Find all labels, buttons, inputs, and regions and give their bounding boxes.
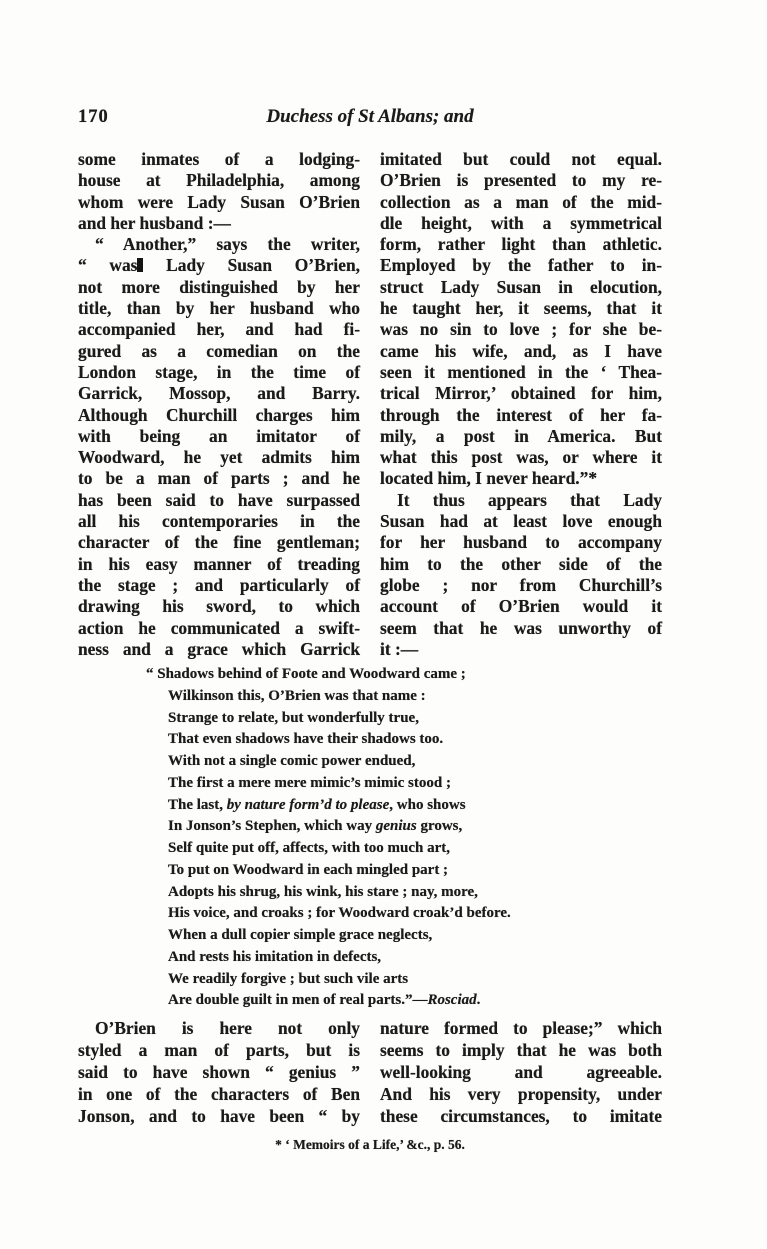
text-line: globe ; nor from Churchill’s xyxy=(380,575,662,596)
left-column: some inmates of a lodging-house at Phila… xyxy=(78,149,360,660)
text-line: all his contemporaries in the xyxy=(78,511,360,532)
text-line: character of the fine gentleman; xyxy=(78,532,360,553)
text-line: for her husband to accompany xyxy=(380,532,662,553)
text-line: Employed by the father to in- xyxy=(380,255,662,276)
verse-line: Self quite put off, affects, with too mu… xyxy=(146,838,662,860)
footnote: * ‘ Memoirs of a Life,’ &c., p. 56. xyxy=(78,1136,662,1154)
text-line: house at Philadelphia, among xyxy=(78,170,360,191)
text-line: struct Lady Susan in elocution, xyxy=(380,277,662,298)
text-line: and her husband :— xyxy=(78,213,360,234)
text-line: drawing his sword, to which xyxy=(78,596,360,617)
verse-line: Are double guilt in men of real parts.”—… xyxy=(146,990,662,1012)
verse-line: His voice, and croaks ; for Woodward cro… xyxy=(146,903,662,925)
text-line: styled a man of parts, but is xyxy=(78,1039,360,1061)
text-line: ness and a grace which Garrick xyxy=(78,639,360,660)
text-line: account of O’Brien would it xyxy=(380,596,662,617)
text-line: London stage, in the time of xyxy=(78,362,360,383)
text-line: it :— xyxy=(380,639,662,660)
text-line: seen it mentioned in the ‘ Thea- xyxy=(380,362,662,383)
text-line: title, than by her husband who xyxy=(78,298,360,319)
verse-quotation: “ Shadows behind of Foote and Woodward c… xyxy=(146,664,662,1012)
text-line: not more distinguished by her xyxy=(78,277,360,298)
text-line: O’Brien is presented to my re- xyxy=(380,170,662,191)
top-text-section: some inmates of a lodging-house at Phila… xyxy=(78,149,662,660)
text-line: some inmates of a lodging- xyxy=(78,149,360,170)
text-line: has been said to have surpassed xyxy=(78,490,360,511)
verse-line: Wilkinson this, O’Brien was that name : xyxy=(146,686,662,708)
text-line: to be a man of parts ; and he xyxy=(78,468,360,489)
text-line: O’Brien is here not only xyxy=(78,1017,360,1039)
footnote-text: * ‘ Memoirs of a Life,’ &c., p. 56. xyxy=(275,1137,465,1152)
text-line: seem that he was unworthy of xyxy=(380,618,662,639)
right-column: imitated but could not equal.O’Brien is … xyxy=(380,149,662,660)
paragraph: some inmates of a lodging-house at Phila… xyxy=(78,149,360,234)
text-line: action he communicated a swift- xyxy=(78,618,360,639)
text-line: whom were Lady Susan O’Brien xyxy=(78,192,360,213)
text-line: what this post was, or where it xyxy=(380,447,662,468)
text-line: “ Another,” says the writer, xyxy=(78,234,360,255)
text-line: through the interest of her fa- xyxy=(380,405,662,426)
verse-line: That even shadows have their shadows too… xyxy=(146,729,662,751)
paragraph: “ Another,” says the writer,“ was Lady S… xyxy=(78,234,360,660)
verse-line: The first a mere mere mimic’s mimic stoo… xyxy=(146,773,662,795)
text-line: in one of the characters of Ben xyxy=(78,1083,360,1105)
text-line: with being an imitator of xyxy=(78,426,360,447)
text-line: And his very propensity, under xyxy=(380,1083,662,1105)
text-line: Susan had at least love enough xyxy=(380,511,662,532)
verse-line: Adopts his shrug, his wink, his stare ; … xyxy=(146,882,662,904)
text-line: seems to imply that he was both xyxy=(380,1039,662,1061)
verse-line: When a dull copier simple grace neglects… xyxy=(146,925,662,947)
verse-line: Strange to relate, but wonderfully true, xyxy=(146,708,662,730)
paragraph: It thus appears that LadySusan had at le… xyxy=(380,490,662,660)
paragraph: nature formed to please;” whichseems to … xyxy=(380,1017,662,1127)
text-line: form, rather light than athletic. xyxy=(380,234,662,255)
text-line: was no sin to love ; for she be- xyxy=(380,319,662,340)
text-line: well-looking and agreeable. xyxy=(380,1061,662,1083)
text-line: collection as a man of the mid- xyxy=(380,192,662,213)
text-line: nature formed to please;” which xyxy=(380,1017,662,1039)
right-column: nature formed to please;” whichseems to … xyxy=(380,1017,662,1127)
verse-line: In Jonson’s Stephen, which way genius gr… xyxy=(146,816,662,838)
text-line: accompanied her, and had fi- xyxy=(78,319,360,340)
book-page: 170 Duchess of St Albans; and some inmat… xyxy=(0,0,767,1249)
verse-line: And rests his imitation in defects, xyxy=(146,947,662,969)
text-line: gured as a comedian on the xyxy=(78,341,360,362)
text-line: imitated but could not equal. xyxy=(380,149,662,170)
text-line: these circumstances, to imitate xyxy=(380,1105,662,1127)
page-number: 170 xyxy=(78,106,148,128)
verse-line: With not a single comic power endued, xyxy=(146,751,662,773)
text-line: located him, I never heard.”* xyxy=(380,468,662,489)
paragraph: O’Brien is here not onlystyled a man of … xyxy=(78,1017,360,1127)
text-line: dle height, with a symmetrical xyxy=(380,213,662,234)
verse-line: To put on Woodward in each mingled part … xyxy=(146,860,662,882)
text-line: It thus appears that Lady xyxy=(380,490,662,511)
text-line: him to the other side of the xyxy=(380,554,662,575)
text-line: mily, a post in America. But xyxy=(380,426,662,447)
page-header: 170 Duchess of St Albans; and xyxy=(78,106,662,128)
text-line: in his easy manner of treading xyxy=(78,554,360,575)
text-line: Garrick, Mossop, and Barry. xyxy=(78,383,360,404)
text-line: Jonson, and to have been “ by xyxy=(78,1105,360,1127)
text-line: came his wife, and, as I have xyxy=(380,341,662,362)
text-line: he taught her, it seems, that it xyxy=(380,298,662,319)
bottom-text-section: O’Brien is here not onlystyled a man of … xyxy=(78,1017,662,1127)
text-line: “ was Lady Susan O’Brien, xyxy=(78,255,360,276)
verse-line: “ Shadows behind of Foote and Woodward c… xyxy=(146,664,662,686)
text-line: trical Mirror,’ obtained for him, xyxy=(380,383,662,404)
text-line: Woodward, he yet admits him xyxy=(78,447,360,468)
text-line: said to have shown “ genius ” xyxy=(78,1061,360,1083)
text-line: Although Churchill charges him xyxy=(78,405,360,426)
left-column: O’Brien is here not onlystyled a man of … xyxy=(78,1017,360,1127)
paragraph: imitated but could not equal.O’Brien is … xyxy=(380,149,662,490)
verse-line: We readily forgive ; but such vile arts xyxy=(146,969,662,991)
text-line: the stage ; and particularly of xyxy=(78,575,360,596)
running-title: Duchess of St Albans; and xyxy=(148,106,592,128)
verse-line: The last, by nature form’d to please, wh… xyxy=(146,795,662,817)
